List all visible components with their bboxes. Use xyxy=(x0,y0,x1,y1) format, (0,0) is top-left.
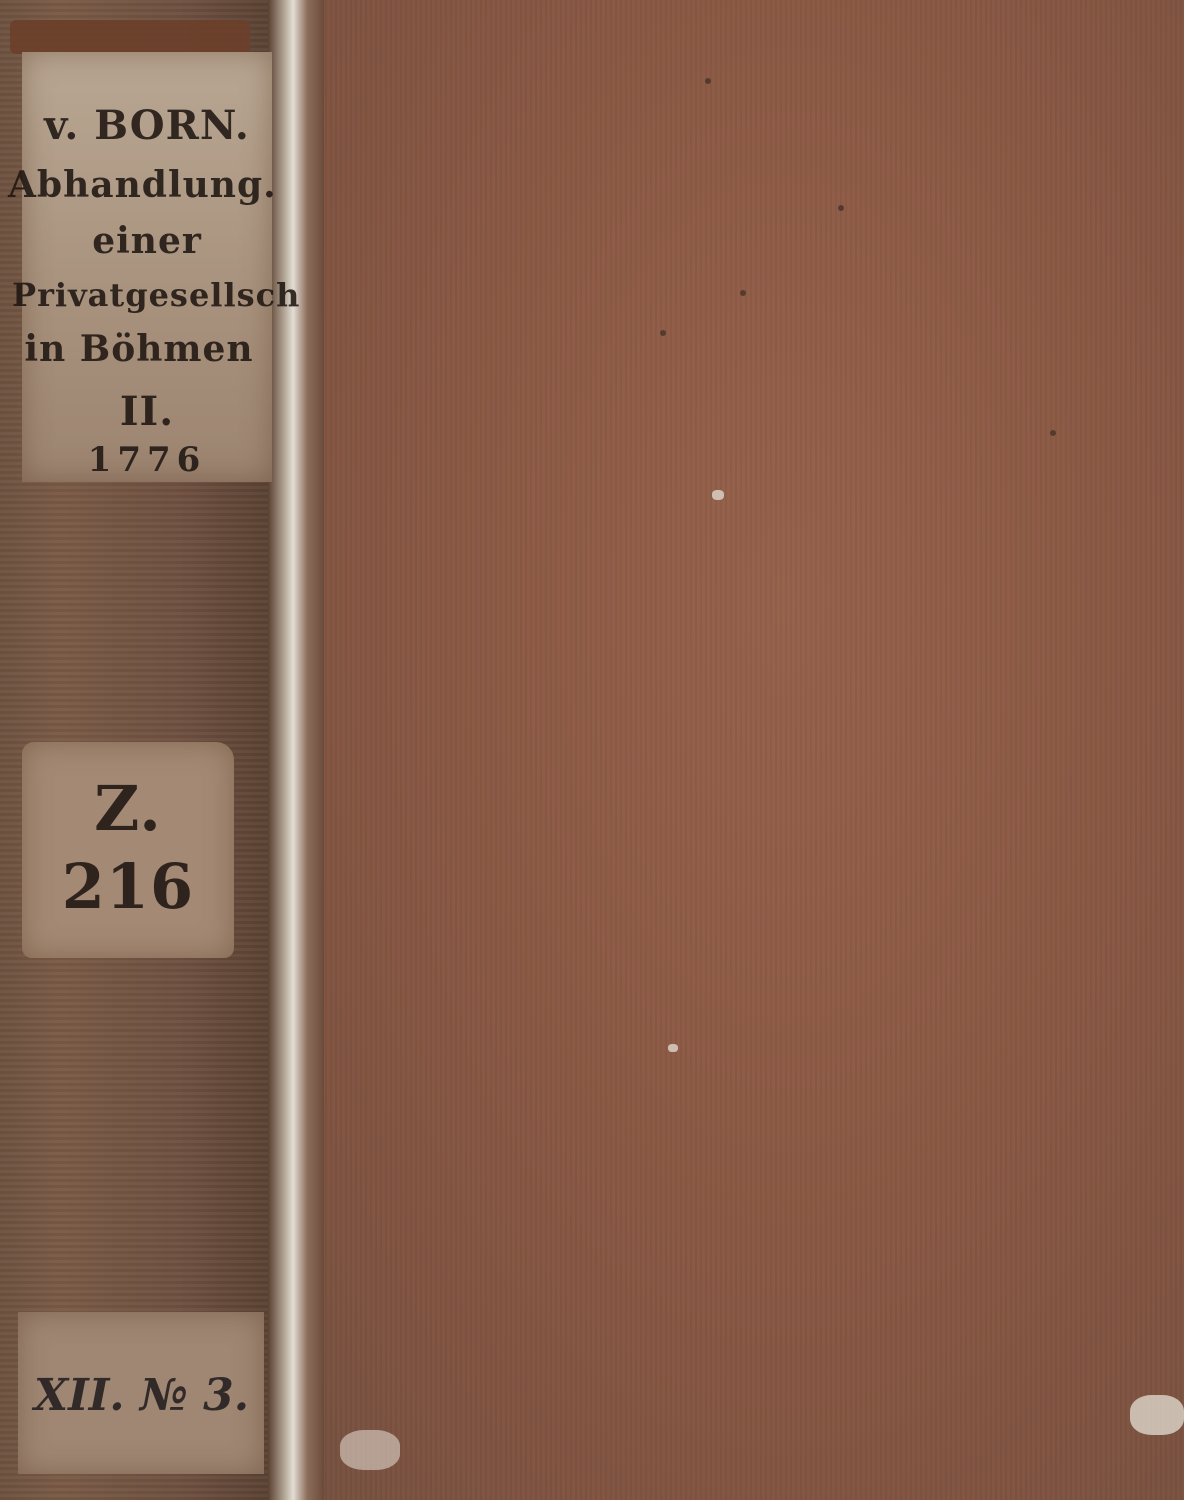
shelf-mark: XII. № 3. xyxy=(34,1370,249,1421)
speck xyxy=(660,330,666,336)
call-letter: Z. xyxy=(22,772,234,845)
year-line: 1776 xyxy=(22,440,272,480)
front-board xyxy=(300,0,1184,1500)
volume-line: II. xyxy=(22,388,272,435)
book-scan: v. BORN. Abhandlung. einer Privatgesells… xyxy=(0,0,1184,1500)
corner-wear xyxy=(1130,1395,1184,1435)
title-line-4: in Böhmen xyxy=(14,328,264,370)
spine-title-label: v. BORN. Abhandlung. einer Privatgesells… xyxy=(22,52,272,482)
speck xyxy=(1050,430,1056,436)
speck xyxy=(705,78,711,84)
speck xyxy=(740,290,746,296)
call-number-label: Z. 216 xyxy=(22,742,234,958)
spine-hinge xyxy=(268,0,324,1500)
bottom-wear xyxy=(340,1430,400,1470)
call-number: 216 xyxy=(22,850,234,923)
speck xyxy=(838,205,844,211)
author-line: v. BORN. xyxy=(22,102,272,149)
title-line-3: Privatgesellsch xyxy=(12,276,262,314)
spine-top-stain xyxy=(10,20,250,54)
shelf-label: XII. № 3. xyxy=(18,1312,264,1474)
wear-spot xyxy=(712,490,724,500)
wear-spot xyxy=(668,1044,678,1052)
title-line-2: einer xyxy=(22,220,272,262)
title-line-1: Abhandlung. xyxy=(8,164,258,206)
